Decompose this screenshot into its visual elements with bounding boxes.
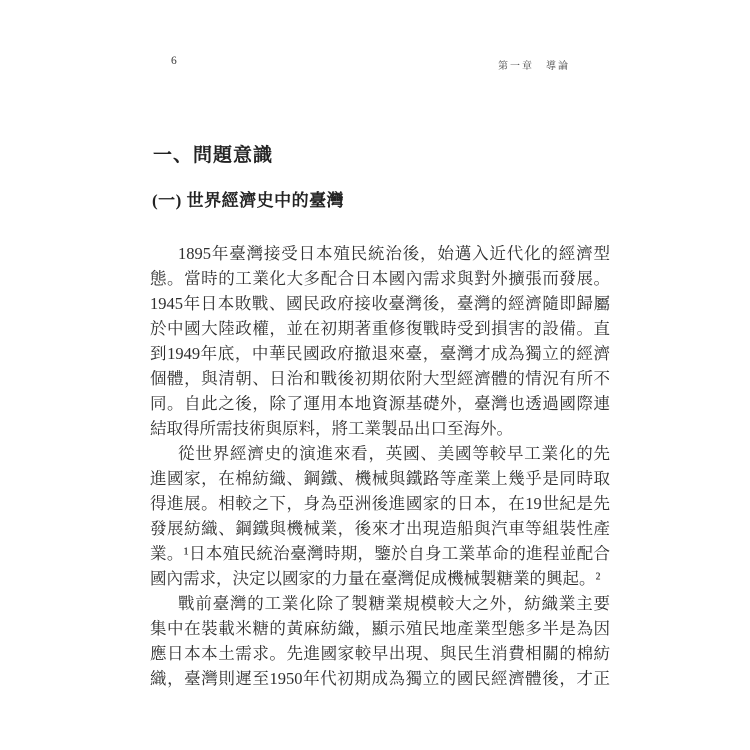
text-line: 從世界經濟史的演進來看，英國、美國等較早工業化的先 [150,441,610,466]
text-line: 業。¹日本殖民統治臺灣時期，鑒於自身工業革命的進程並配合 [150,541,610,566]
text-line: 結取得所需技術與原料，將工業製品出口至海外。 [150,416,610,441]
text-line: 態。當時的工業化大多配合日本國內需求與對外擴張而發展。 [150,266,610,291]
text-line: 發展紡織、鋼鐵與機械業，後來才出現造船與汽車等組裝性產 [150,516,610,541]
text-line: 到1949年底，中華民國政府撤退來臺，臺灣才成為獨立的經濟 [150,341,610,366]
text-line: 織，臺灣則遲至1950年代初期成為獨立的國民經濟體後，才正 [150,666,610,691]
text-line: 集中在裝載米糖的黃麻紡織，顯示殖民地產業型態多半是為因 [150,616,610,641]
subsection-title: (一) 世界經濟史中的臺灣 [152,186,344,211]
text-line: 國內需求，決定以國家的力量在臺灣促成機械製糖業的興起。² [150,566,610,591]
text-line: 進國家，在棉紡織、鋼鐵、機械與鐵路等產業上幾乎是同時取 [150,466,610,491]
text-line: 個體，與清朝、日治和戰後初期依附大型經濟體的情況有所不 [150,366,610,391]
page-number: 6 [171,55,177,67]
text-line: 應日本本土需求。先進國家較早出現、與民生消費相關的棉紡 [150,641,610,666]
text-line: 戰前臺灣的工業化除了製糖業規模較大之外，紡織業主要 [150,591,610,616]
book-page: 6 第一章 導論 一、問題意識 (一) 世界經濟史中的臺灣 1895年臺灣接受日… [0,0,750,750]
text-line: 得進展。相較之下，身為亞洲後進國家的日本，在19世紀是先 [150,491,610,516]
section-title: 一、問題意識 [153,140,273,167]
text-line: 1945年日本敗戰、國民政府接收臺灣後，臺灣的經濟隨即歸屬 [150,291,610,316]
body-text: 1895年臺灣接受日本殖民統治後，始邁入近代化的經濟型態。當時的工業化大多配合日… [150,241,610,691]
text-line: 同。自此之後，除了運用本地資源基礎外，臺灣也透過國際連 [150,391,610,416]
running-header: 第一章 導論 [498,57,570,72]
text-line: 於中國大陸政權，並在初期著重修復戰時受到損害的設備。直 [150,316,610,341]
text-line: 1895年臺灣接受日本殖民統治後，始邁入近代化的經濟型 [150,241,610,266]
